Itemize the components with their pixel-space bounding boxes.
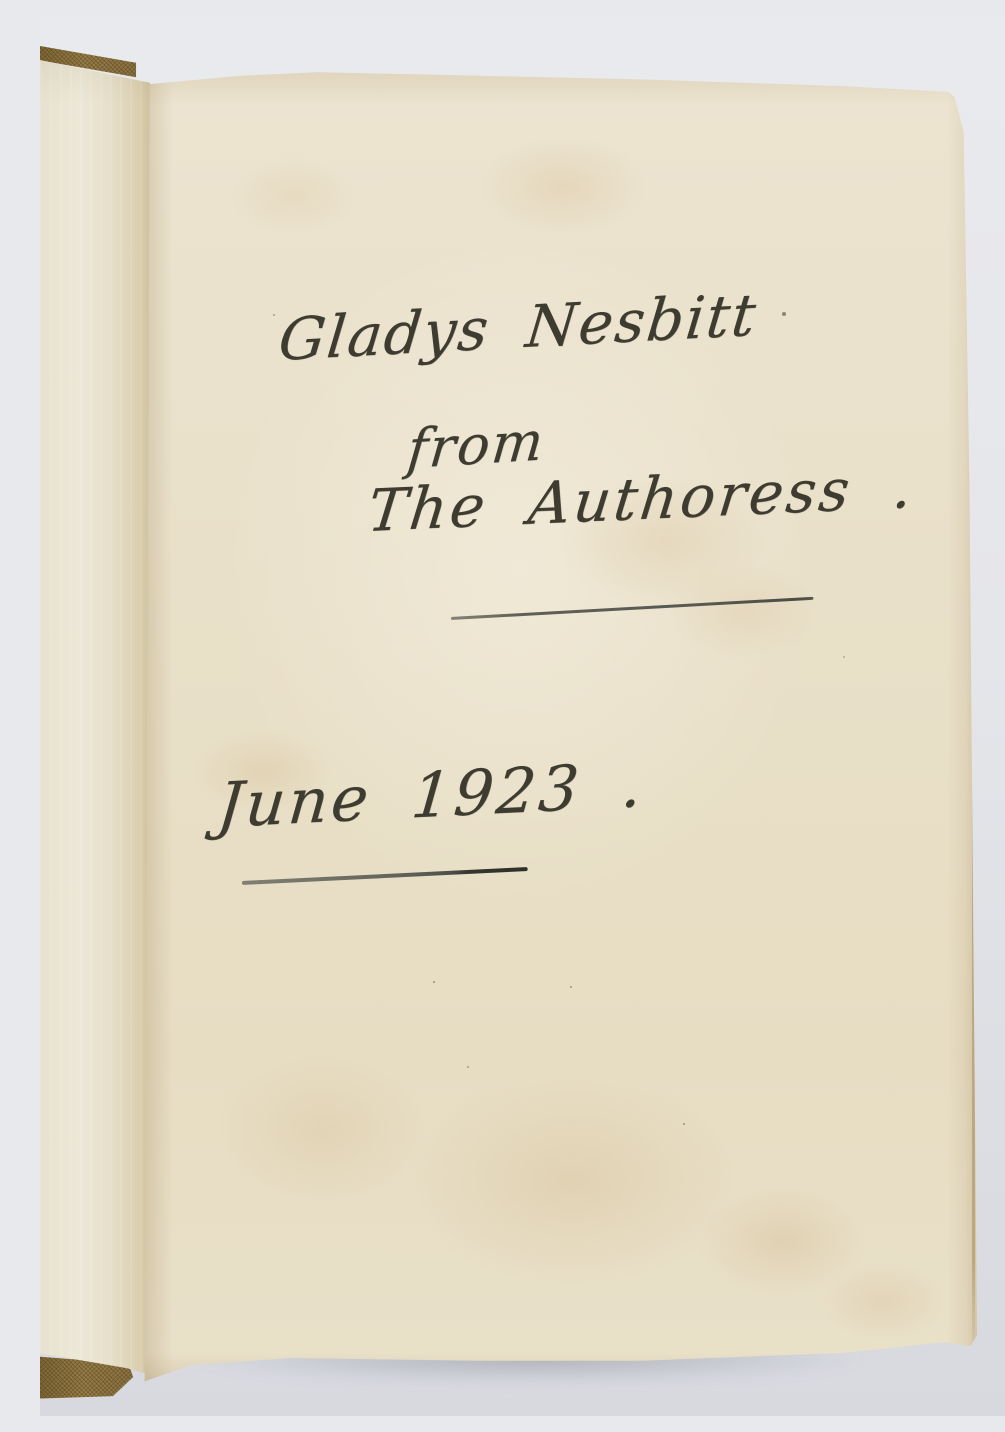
- inscription-connector: from: [405, 414, 547, 477]
- inscription-recipient: Gladys Nesbitt: [276, 286, 760, 369]
- inscription-underline: [451, 597, 814, 620]
- front-pastedown: [40, 44, 150, 1380]
- inscription-date: June 1923 .: [215, 754, 647, 837]
- date-underline: [242, 867, 528, 885]
- flyleaf-page: Gladys Nesbitt from The Authoress . June…: [143, 71, 977, 1383]
- book-photograph: Gladys Nesbitt from The Authoress . June…: [40, 16, 1005, 1416]
